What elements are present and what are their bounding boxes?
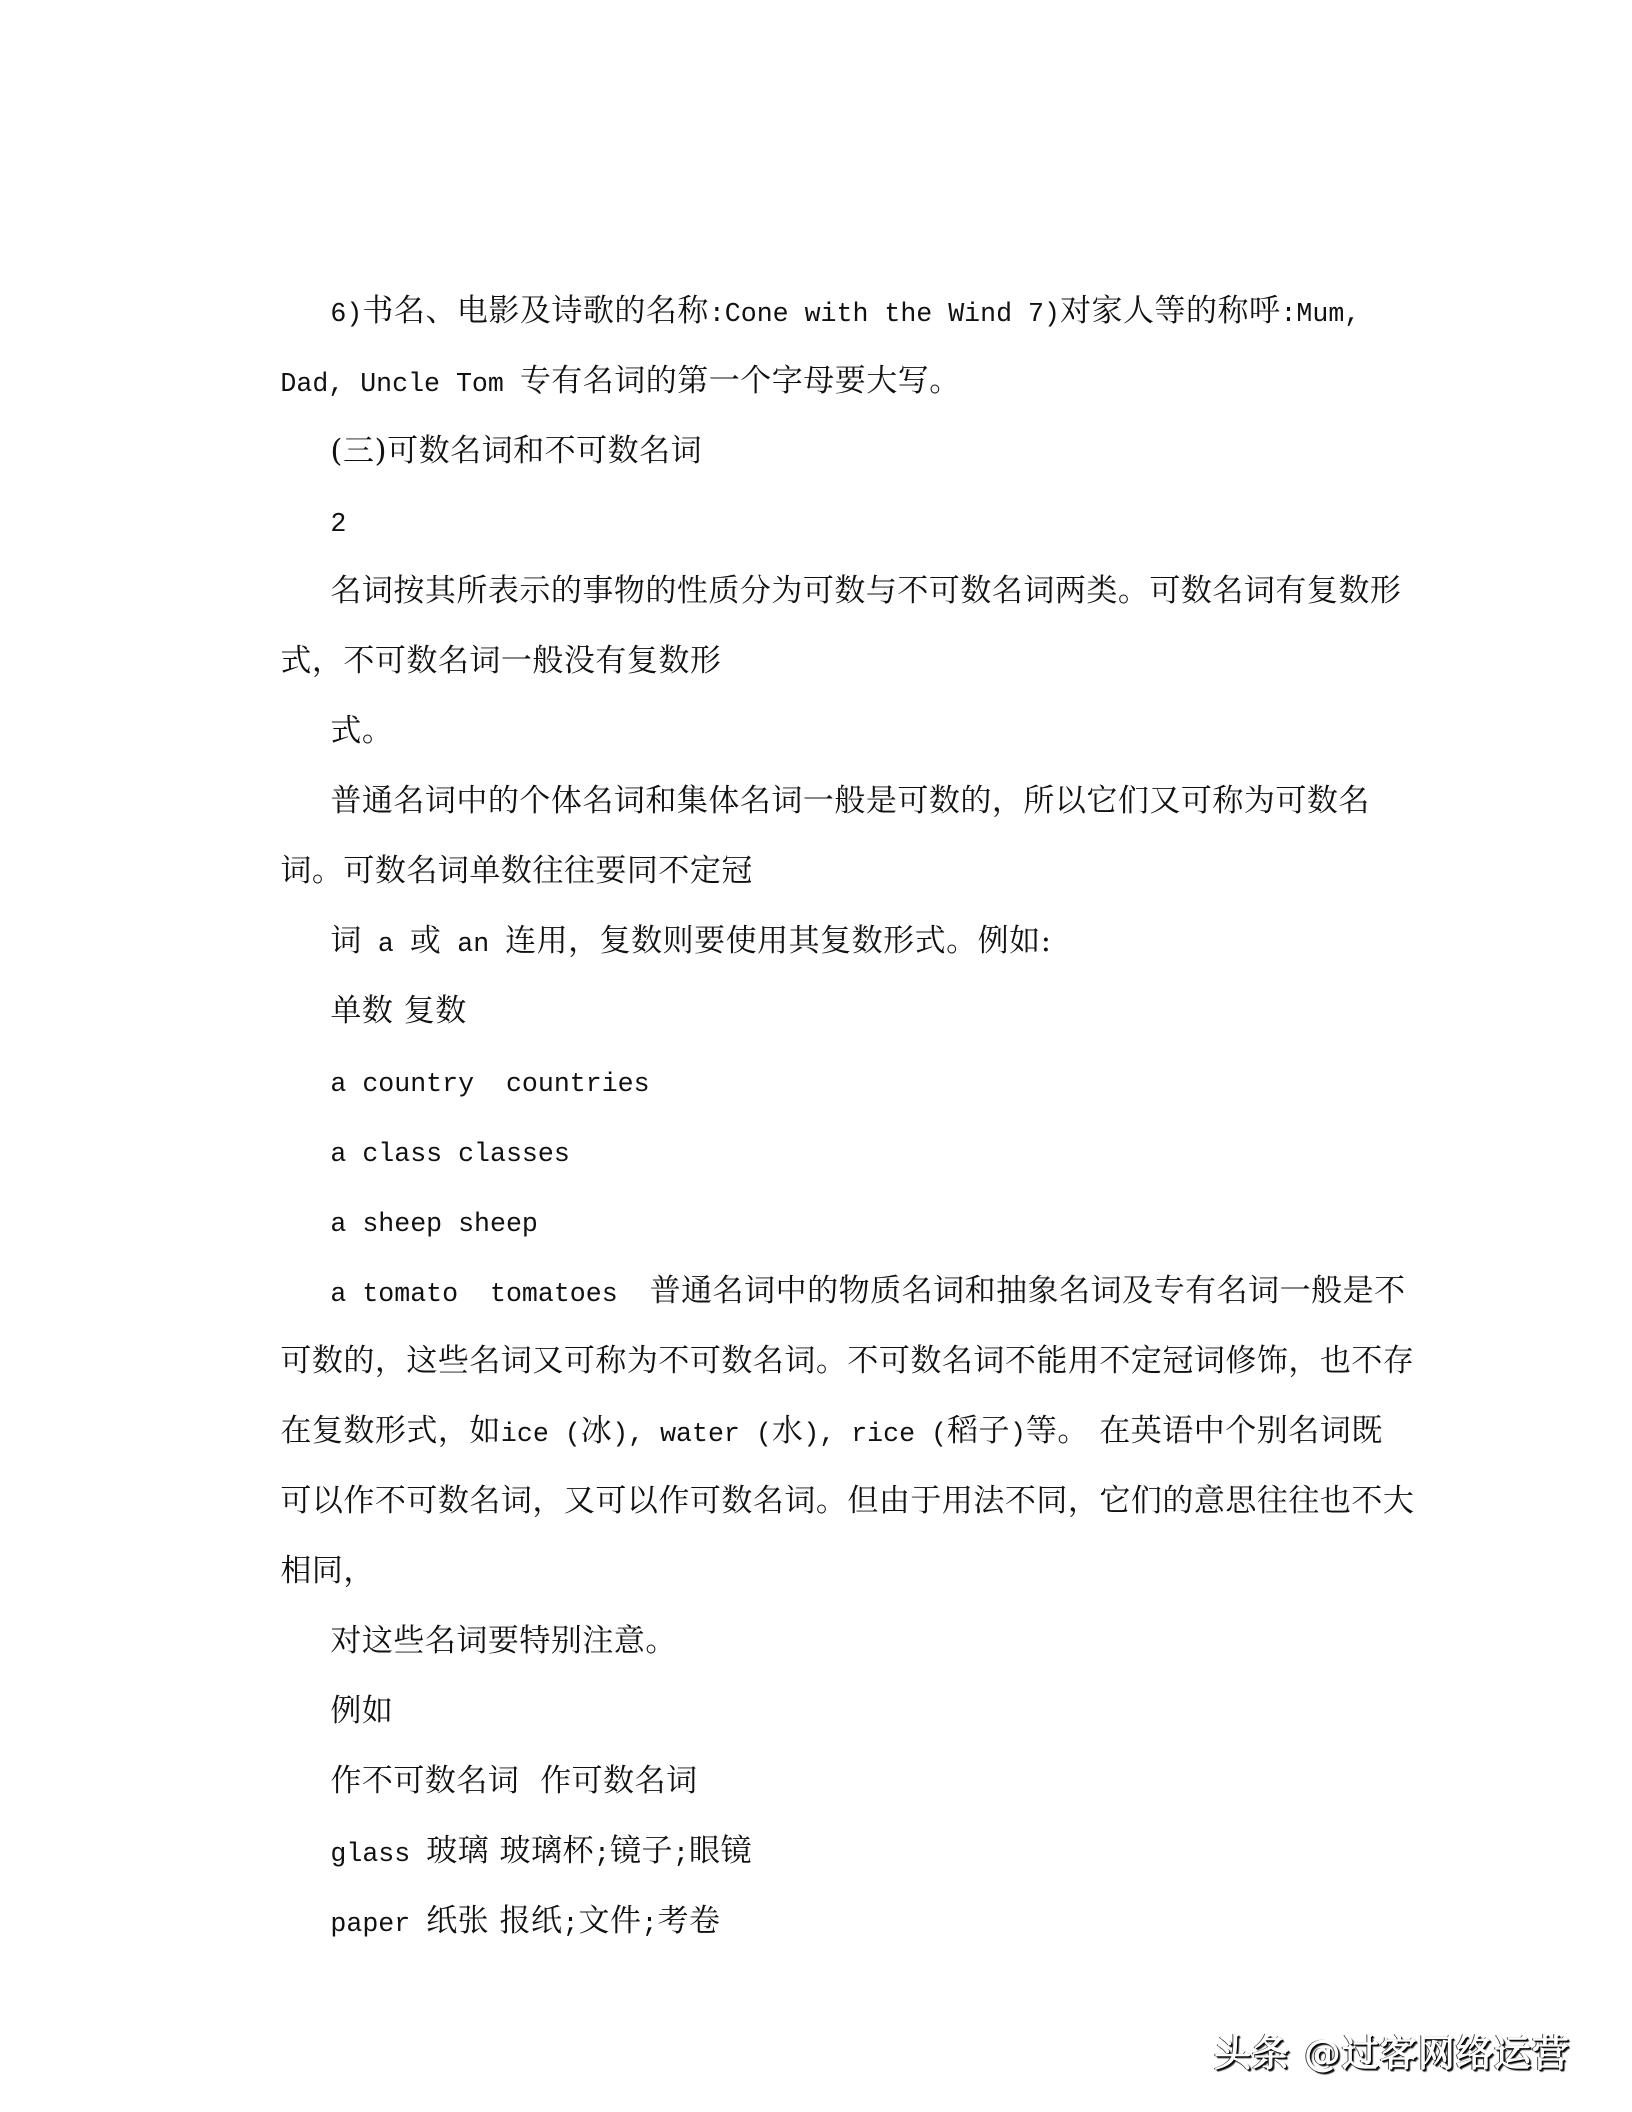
watermark: 头条 @过客网络运营	[1214, 2030, 1570, 2078]
text-line: 式，不可数名词一般没有复数形	[239, 556, 721, 626]
text-run: ;	[563, 1909, 579, 1939]
text-line: 名词按其所表示的事物的性质分为可数与不可数名词两类。可数名词有复数形	[289, 486, 1401, 556]
text-run: :Mum,	[1280, 299, 1360, 329]
text-run: 考卷	[657, 1903, 720, 1939]
text-line: 式。	[289, 626, 393, 696]
text-line: 可数的，这些名词又可称为不可数名词。不可数名词不能用不定冠词修饰，也不存	[239, 1256, 1414, 1326]
example-row: a sheep sheep	[289, 1116, 538, 1186]
text-line: 例如	[289, 1606, 393, 1676]
text-line: 词 a 或 an 连用，复数则要使用其复数形式。例如:	[289, 836, 1052, 906]
section-heading: (三)可数名词和不可数名词	[289, 346, 702, 416]
page-number: 2	[289, 416, 346, 486]
text-line: 6)书名、电影及诗歌的名称:Cone with the Wind 7)对家人等的…	[289, 206, 1360, 276]
example-row: a country countries	[289, 976, 650, 1046]
text-line: Dad, Uncle Tom 专有名词的第一个字母要大写。	[239, 276, 961, 346]
text-line: 词。可数名词单数往往要同不定冠	[239, 766, 753, 836]
example-row: paper 纸张 报纸;文件;考卷	[289, 1816, 720, 1886]
document-page: 6)书名、电影及诗歌的名称:Cone with the Wind 7)对家人等的…	[0, 0, 1632, 2112]
text-run: ;	[642, 1909, 658, 1939]
example-row: glass 玻璃 玻璃杯;镜子;眼镜	[289, 1746, 752, 1816]
example-row: a class classes	[289, 1046, 570, 1116]
table-header: 单数 复数	[289, 906, 467, 976]
text-run: 文件	[579, 1903, 642, 1939]
text-run: 对家人等的称呼	[1060, 293, 1281, 329]
text-line: 相同，	[239, 1466, 375, 1536]
text-line: 普通名词中的个体名词和集体名词一般是可数的，所以它们又可称为可数名	[289, 696, 1370, 766]
example-row: a tomato tomatoes 普通名词中的物质名词和抽象名词及专有名词一般…	[289, 1186, 1406, 1256]
text-run: (三)可数名词和不可数名词	[330, 433, 702, 469]
text-run: 纸张 报纸	[426, 1903, 562, 1939]
text-run: 连用，复数则要使用其复数形式。例如:	[505, 923, 1051, 959]
text-run: paper	[330, 1909, 426, 1939]
text-line: 在复数形式，如ice (冰), water (水), rice (稻子)等。 在…	[239, 1326, 1383, 1396]
text-line: 对这些名词要特别注意。	[289, 1536, 677, 1606]
text-line: 可以作不可数名词，又可以作可数名词。但由于用法不同，它们的意思往往也不大	[239, 1396, 1414, 1466]
table-header: 作不可数名词 作可数名词	[289, 1676, 698, 1746]
text-run: 可以作不可数名词，又可以作可数名词。但由于用法不同，它们的意思往往也不大	[280, 1483, 1414, 1519]
